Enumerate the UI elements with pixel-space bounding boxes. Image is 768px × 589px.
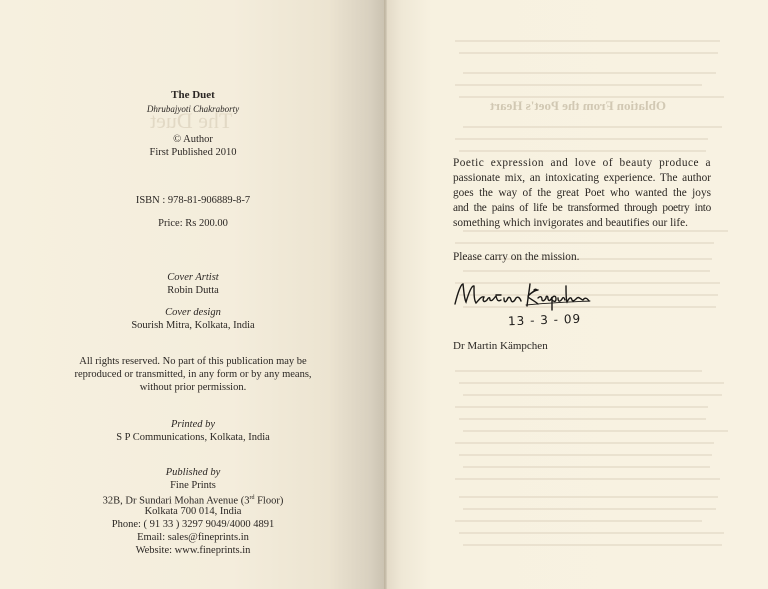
- show-through-line: [455, 520, 702, 522]
- show-through-line: [459, 454, 712, 456]
- show-through-line: [459, 382, 724, 384]
- show-through-line: [455, 442, 714, 444]
- show-through-line: [459, 496, 718, 498]
- closing-line: Please carry on the mission.: [453, 250, 711, 265]
- show-through-line: [455, 242, 714, 244]
- publisher-address-2: Kolkata 700 014, India: [0, 505, 386, 519]
- cover-design-label: Cover design: [0, 306, 386, 320]
- show-through-line: [455, 478, 720, 480]
- signatory-name: Dr Martin Kämpchen: [453, 339, 711, 354]
- printer: S P Communications, Kolkata, India: [0, 431, 386, 445]
- show-through-line: [459, 532, 724, 534]
- show-through-line: [463, 270, 710, 272]
- show-through-line: [455, 370, 702, 372]
- show-through-line: [459, 150, 706, 152]
- show-through-line: [455, 40, 720, 42]
- rights-line-1: All rights reserved. No part of this pub…: [0, 355, 386, 369]
- show-through-line: [455, 84, 702, 86]
- rights-line-3: without prior permission.: [0, 381, 386, 395]
- paragraph-line: and the pains of life be transformed thr…: [453, 201, 711, 216]
- publisher-email: Email: sales@fineprints.in: [0, 531, 386, 545]
- cover-artist: Robin Dutta: [0, 284, 386, 298]
- printed-by-label: Printed by: [0, 418, 386, 432]
- cover-design: Sourish Mitra, Kolkata, India: [0, 319, 386, 333]
- show-through-line: [459, 418, 706, 420]
- publisher-name: Fine Prints: [0, 479, 386, 493]
- paragraph-line: Poetic expression and love of beauty pro…: [453, 156, 711, 171]
- show-through-line: [463, 430, 728, 432]
- rights-line-2: reproduced or transmitted, in any form o…: [0, 368, 386, 382]
- paragraph-line: goes the way of the great Poet who wante…: [453, 186, 711, 201]
- paragraph-line: something which invigorates and beautifi…: [453, 216, 711, 231]
- publisher-website: Website: www.fineprints.in: [0, 544, 386, 558]
- publisher-phone: Phone: ( 91 33 ) 3297 9049/4000 4891: [0, 518, 386, 532]
- show-through-line: [463, 544, 722, 546]
- show-through-line: [463, 466, 710, 468]
- show-through-line: [455, 406, 708, 408]
- foreword-paragraph: Poetic expression and love of beauty pro…: [453, 156, 711, 231]
- book-author: Dhrubajyoti Chakraborty: [0, 103, 386, 117]
- show-through-line: [459, 96, 724, 98]
- copyright-notice: © Author: [0, 133, 386, 147]
- book-title: The Duet: [0, 89, 386, 103]
- price: Price: Rs 200.00: [0, 217, 386, 231]
- first-published: First Published 2010: [0, 146, 386, 160]
- show-through-line: [459, 52, 718, 54]
- signature-date: 13 - 3 - 09: [508, 312, 582, 329]
- isbn: ISBN : 978-81-906889-8-7: [0, 194, 386, 208]
- show-through-line: [455, 138, 708, 140]
- show-through-line: [463, 508, 716, 510]
- show-through-line: [463, 126, 722, 128]
- show-through-line: [463, 394, 722, 396]
- paragraph-line: passionate mix, an intoxicating experien…: [453, 171, 711, 186]
- show-through-line: [463, 72, 716, 74]
- cover-artist-label: Cover Artist: [0, 271, 386, 285]
- published-by-label: Published by: [0, 466, 386, 480]
- show-through-right-heading: Oblation From the Poet's Heart: [490, 98, 666, 114]
